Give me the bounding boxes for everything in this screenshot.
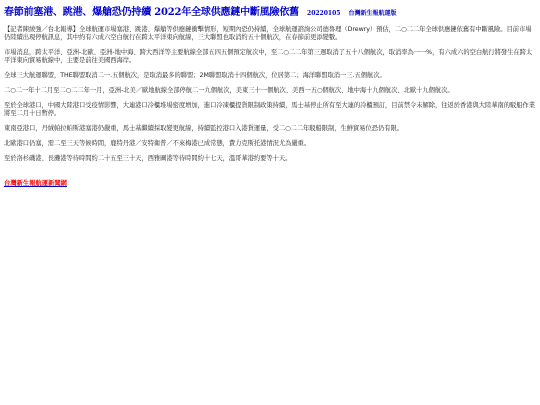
article-title: 春節前塞港、跳港、爆艙恐仍持續 2022年全球供應鏈中斷風險依舊 <box>4 7 299 18</box>
article-paragraph: 【記者陳綾強／台北報導】全球航運市場塞港、跳港、爆艙等供應鏈衝擊情形，短期內恐仍… <box>4 26 536 42</box>
article-page: 春節前塞港、跳港、爆艙恐仍持續 2022年全球供應鏈中斷風險依舊 2022010… <box>0 0 540 189</box>
article-paragraph: 至於洛杉磯港、長灘港等待時間約二十五至三十天，西雅圖港等待時間約十七天，溫哥華港… <box>4 155 536 163</box>
article-headline: 春節前塞港、跳港、爆艙恐仍持續 2022年全球供應鏈中斷風險依舊 2022010… <box>4 3 536 20</box>
article-paragraph: 北歐港口仍塞，需二至三天等候時間，鹿特丹港／安特衛普／不來梅港已成常態，費力克斯… <box>4 140 536 148</box>
article-paragraph: 二○二一年十二月至二○二二年一月，亞洲-北美／歐地航線全部停航二一九個航次，美東… <box>4 87 536 95</box>
article-paragraph: 市場消息，跨太平洋、亞洲-北歐、亞洲-地中海、跨大西洋等主要航線全部五四五個預定… <box>4 49 536 65</box>
article-paragraph: 至於全球港口，中國大陸港口受疫情影響，大連港口冷櫃堆場密度增加，進口冷凍櫃提貨限… <box>4 102 536 118</box>
source-link[interactable]: 台灣新生報航運新聞網 <box>4 180 67 188</box>
article-body: 【記者陳綾強／台北報導】全球航運市場塞港、跳港、爆艙等供應鏈衝擊情形，短期內恐仍… <box>4 26 536 163</box>
article-paragraph: 全球三大航運聯盟，THE聯盟取消二一.五個航次，是取消最多的聯盟；2M聯盟取消十… <box>4 72 536 80</box>
article-publisher: 台灣新生報航運版 <box>349 10 397 17</box>
article-paragraph: 東南亞港口，丹絨帕拉帕斯港塞港仍嚴重，馬士基繼續採取變更航線，持續監控港口入港貨… <box>4 125 536 133</box>
article-date: 20220105 <box>307 10 340 17</box>
